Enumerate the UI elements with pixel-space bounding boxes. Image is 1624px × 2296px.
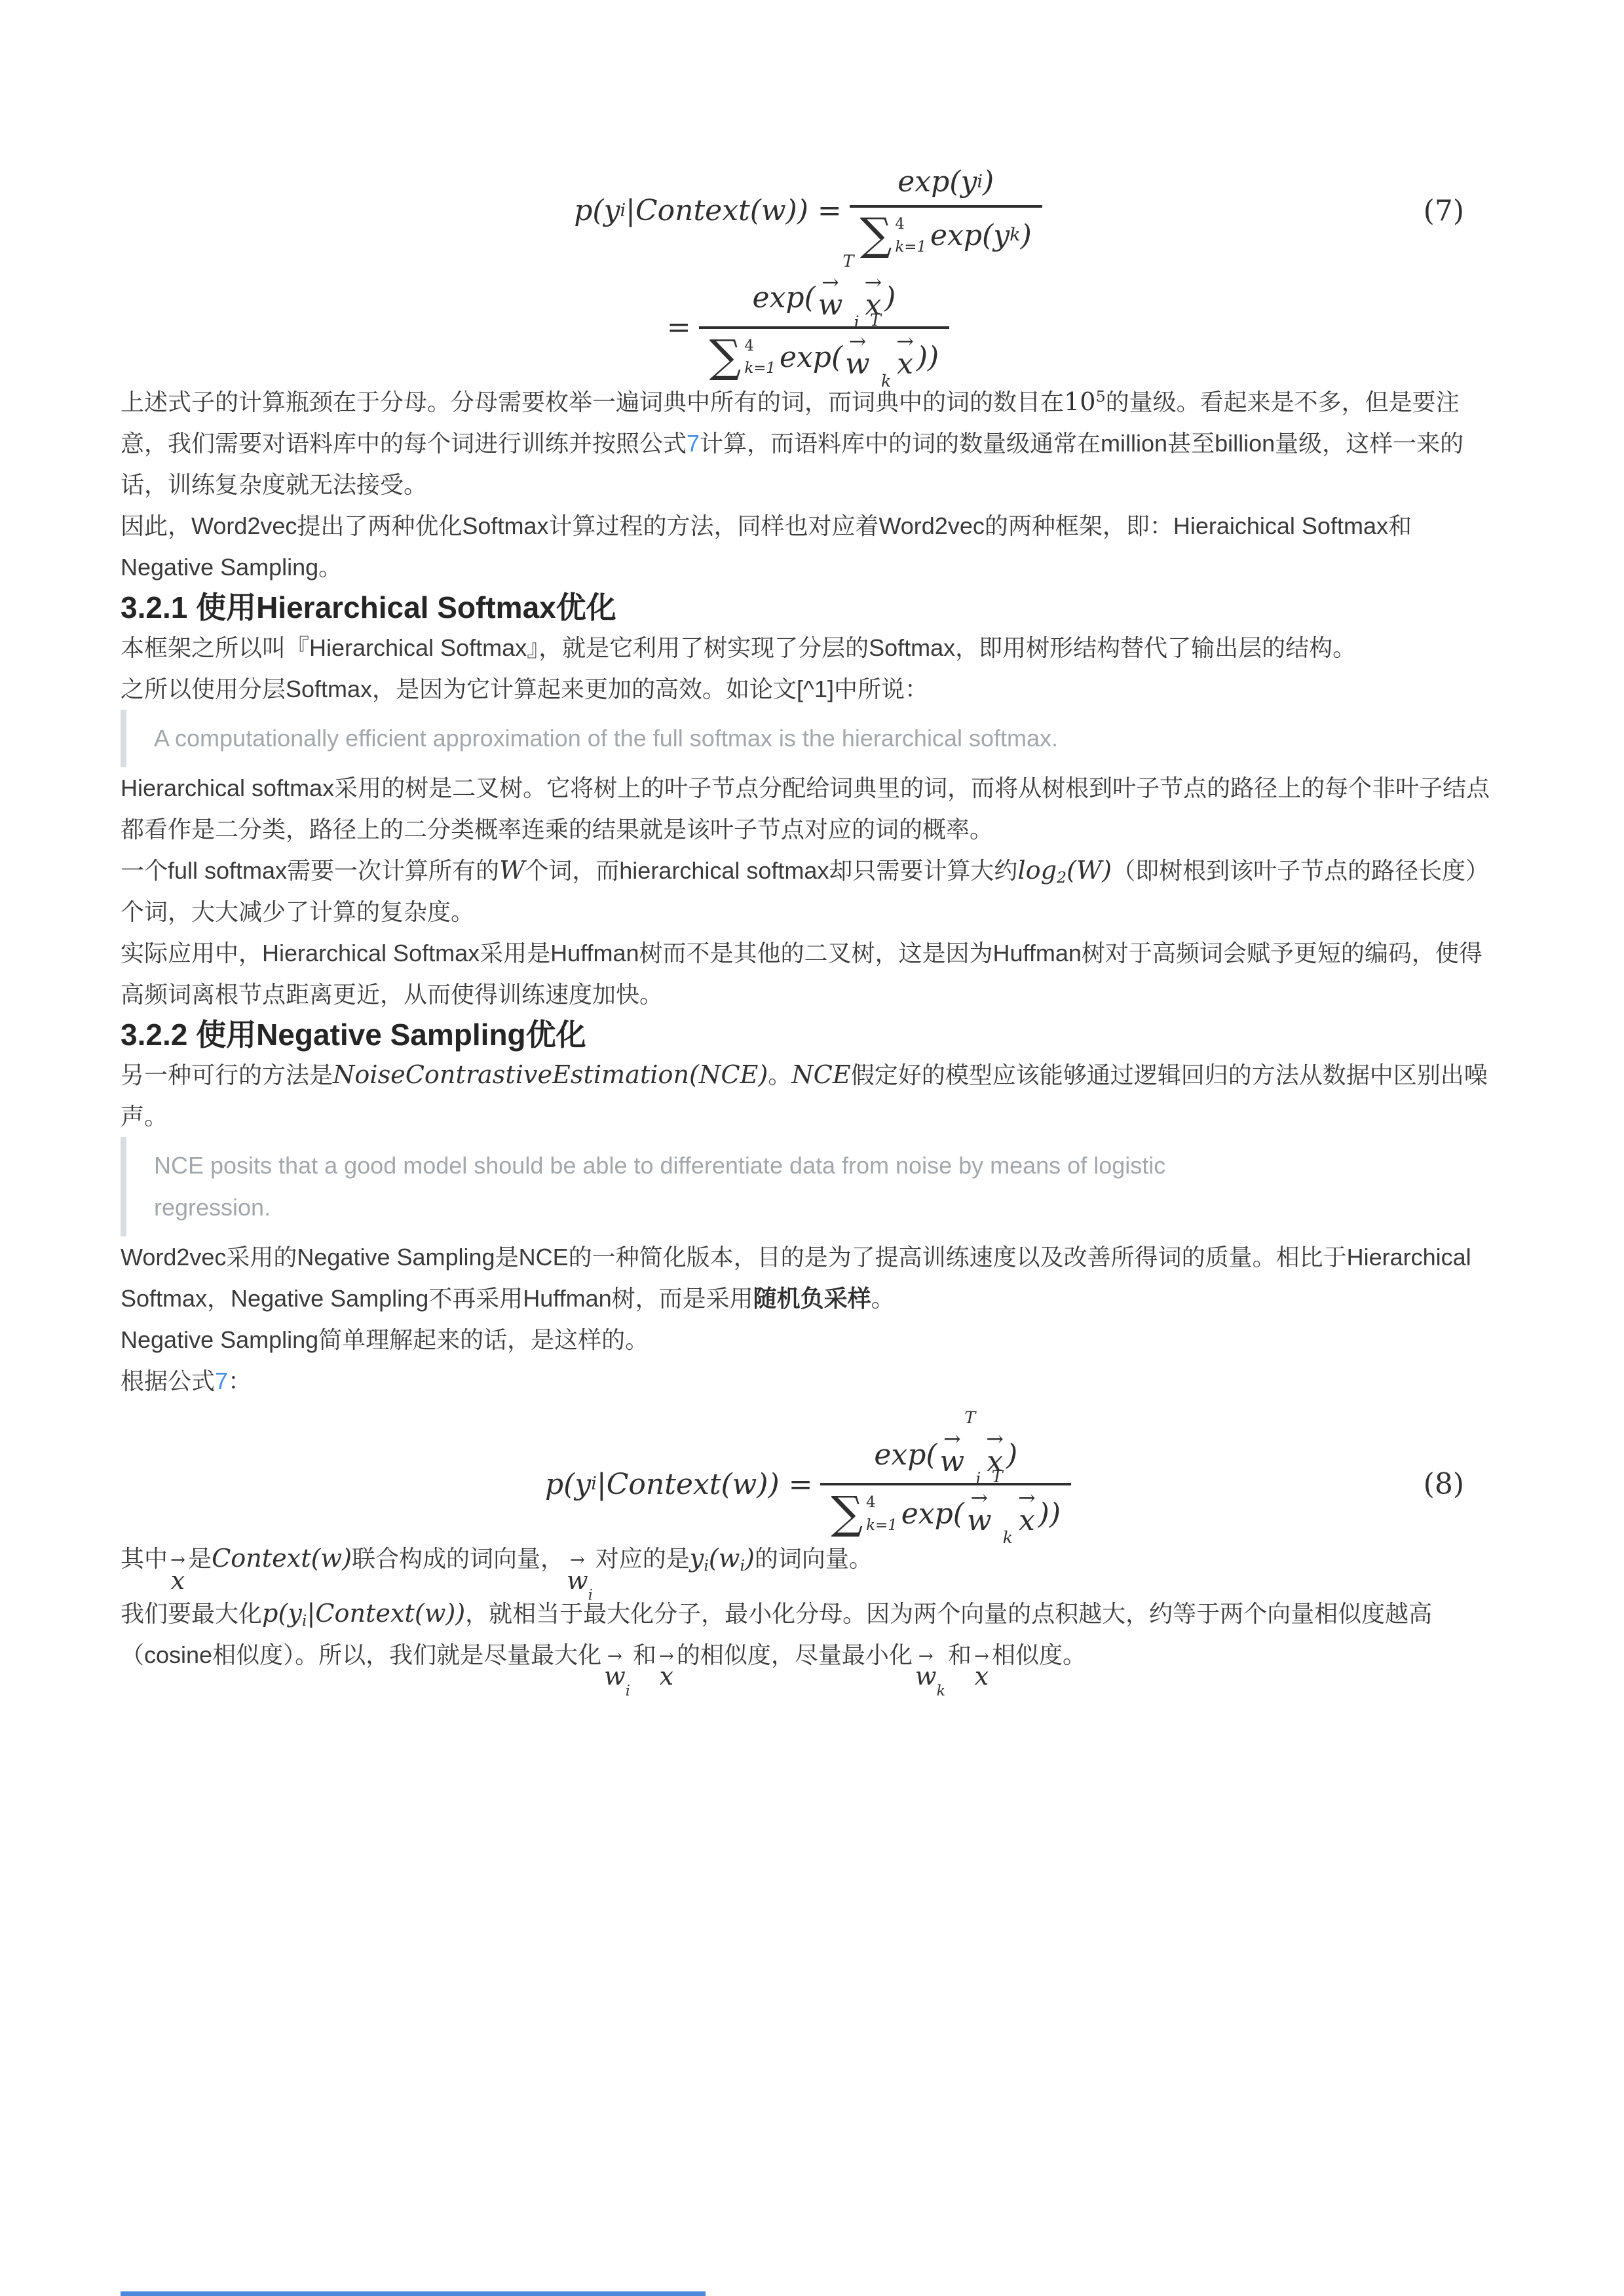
section-heading-3-2-1: 3.2.1 使用Hierarchical Softmax优化 [121,588,1503,627]
math-token: ∑4k=1 [860,214,926,257]
formula-ref-link[interactable]: 7 [215,1368,228,1394]
inline-math: →wi [601,1640,633,1669]
math-token: = [667,311,691,344]
math-token: exp( [753,281,816,315]
math-token: |Context(w)) = [597,1468,813,1501]
text-run: 和 [633,1641,656,1668]
math-token: →wTk [845,335,891,379]
text-run: 之所以使用分层Softmax，是因为它计算起来更加的高效。如论文[^1]中所说： [121,676,928,702]
math-token: ∑4k=1 [709,336,776,379]
math-token: (W) [1067,856,1112,885]
math-token: NoiseContrastiveEstimation(NCE) [333,1060,768,1089]
equation-8-expression: p(yi|Context(w)) = exp(→wTi→x)∑4k=1 exp(… [545,1430,1079,1538]
math-token: i [704,1556,709,1575]
math-token: →x [896,335,914,379]
text-run: 本框架之所以叫『Hierarchical Softmax』，就是它利用了树实现了… [121,634,1356,661]
math-token: →wTi [818,277,859,320]
math-token: exp(yi)∑4k=1 exp(yk) [850,163,1042,259]
math-token: y [690,1544,704,1573]
text-run: 和 [948,1641,972,1668]
text-run: 联合构成的词向量， [352,1545,564,1572]
paragraph-why-hierarchical-softmax: 之所以使用分层Softmax，是因为它计算起来更加的高效。如论文[^1]中所说： [121,668,1503,710]
formula-ref-link[interactable]: 7 [687,430,700,457]
inline-math: yi(wi) [690,1544,755,1573]
equation-7-line-2: = exp(→wTi→x)∑4k=1 exp(→wTk→x)) [121,274,1503,381]
inline-math: p(yi|Context(w)) [262,1599,465,1628]
equation-7-expression-line-2: = exp(→wTi→x)∑4k=1 exp(→wTk→x)) [667,274,957,381]
paragraph-vector-definitions: 其中→x是Context(w)联合构成的词向量，→wi对应的是yi(wi)的词向… [121,1538,1503,1592]
math-token: exp(→wTi→x)∑4k=1 exp(→wTk→x)) [699,274,950,381]
math-token: →wTk [967,1492,1013,1535]
text-run: 。 [768,1062,791,1088]
math-token: Context(w) [212,1544,352,1573]
text-run: 上述式子的计算瓶颈在于分母。分母需要枚举一遍词典中所有的词，而词典中的词的数目在 [121,389,1064,415]
text-run: 一个full softmax需要一次计算所有的 [121,857,499,884]
equation-7-line-1: p(yi|Context(w)) = exp(yi)∑4k=1 exp(yk) … [121,163,1503,259]
text-run: 因此，Word2vec提出了两种优化Softmax计算过程的方法，同样也对应着W… [121,512,1412,581]
math-token: (w [709,1544,740,1573]
math-token: →x [974,1651,989,1689]
text-run: 根据公式 [121,1368,215,1394]
bold-text: 随机负采样 [753,1285,871,1312]
inline-math: →wi [564,1544,595,1573]
inline-math: W [499,856,525,885]
math-token: )) [1038,1497,1061,1531]
text-run: 的相似度，尽量最小化 [677,1641,913,1668]
math-token: p(y [574,194,620,227]
text-run: 实际应用中，Hierarchical Softmax采用是Huffman树而不是… [121,940,1482,1008]
inline-math: →x [972,1640,992,1669]
math-token: →wTi [940,1433,981,1476]
math-token: p(y [545,1468,591,1501]
equation-7: p(yi|Context(w)) = exp(yi)∑4k=1 exp(yk) … [121,163,1503,381]
math-token: →x [659,1651,674,1689]
math-token: W [499,856,525,885]
text-run: 是 [188,1545,212,1572]
inline-math: →x [656,1640,677,1669]
text-run: 的词向量。 [755,1545,873,1572]
inline-math: log2(W) [1017,856,1112,885]
inline-math: Context(w) [212,1544,352,1573]
math-token: exp( [901,1497,964,1531]
equation-7-expression-line-1: p(yi|Context(w)) = exp(yi)∑4k=1 exp(yk) [574,163,1050,259]
inline-math: NoiseContrastiveEstimation(NCE) [333,1060,768,1089]
math-token: exp(y [930,219,1010,252]
math-token: →x [170,1555,185,1592]
text-run: Negative Sampling简单理解起来的话，是这样的。 [121,1326,649,1353]
paragraph-according-to-formula-7: Negative Sampling简单理解起来的话，是这样的。根据公式7： [121,1319,1503,1402]
math-token: i [740,1556,745,1575]
math-token: )) [916,341,939,374]
section-heading-3-2-2: 3.2.2 使用Negative Sampling优化 [121,1015,1503,1054]
blockquote-nce: NCE posits that a good model should be a… [121,1137,1503,1236]
text-run: 个词，而hierarchical softmax却只需要计算大约 [525,857,1017,884]
math-token: →wk [915,1651,945,1689]
paragraph-complexity-comparison: 一个full softmax需要一次计算所有的W个词，而hierarchical… [121,850,1503,932]
math-token: ) [745,1544,755,1573]
inline-math: →wk [913,1640,948,1669]
text-run: 。 [871,1285,895,1312]
math-token: |Context(w)) [307,1599,465,1628]
inline-math: 105 [1064,387,1106,416]
article-content: p(yi|Context(w)) = exp(yi)∑4k=1 exp(yk) … [0,163,1624,1689]
math-token: ∑4k=1 [831,1493,897,1535]
text-run: Hierarchical softmax采用的树是二叉树。它将树上的叶子节点分配… [121,775,1490,843]
paragraph-hierarchical-softmax-intro: 本框架之所以叫『Hierarchical Softmax』，就是它利用了树实现了… [121,627,1503,668]
math-token: ) [1021,219,1032,252]
text-run: 我们要最大化 [121,1600,262,1627]
math-token: →wi [567,1555,593,1592]
math-token: ) [884,281,896,315]
inline-math: →x [168,1544,188,1573]
paragraph-huffman-tree: 实际应用中，Hierarchical Softmax采用是Huffman树而不是… [121,932,1503,1015]
math-token: →x [1018,1492,1036,1535]
text-run: 其中 [121,1545,168,1572]
math-token: exp( [874,1438,937,1472]
equation-8: p(yi|Context(w)) = exp(→wTi→x)∑4k=1 exp(… [121,1430,1503,1538]
blockquote-nce-text: NCE posits that a good model should be a… [154,1145,1189,1229]
equation-8-number: (8) [1424,1468,1464,1501]
blockquote-hierarchical-softmax-text: A computationally efficient approximatio… [154,717,1189,759]
math-token: exp(y [897,165,977,199]
equation-7-number: (7) [1424,194,1464,227]
text-run: ： [228,1368,252,1394]
math-token: log [1017,856,1057,885]
math-token: ) [983,165,994,199]
paragraph-maximize-similarity: 我们要最大化p(yi|Context(w))，就相当于最大化分子，最小化分母。因… [121,1593,1503,1689]
text-run: 相似度。 [992,1641,1086,1668]
blockquote-hierarchical-softmax: A computationally efficient approximatio… [121,710,1503,767]
truncated-bottom-element [121,2291,706,2296]
math-token: NCE [791,1060,850,1089]
math-token: ) [1006,1438,1017,1472]
inline-math: NCE [791,1060,850,1089]
paragraph-word2vec-two-frameworks: 因此，Word2vec提出了两种优化Softmax计算过程的方法，同样也对应着W… [121,505,1503,588]
paragraph-negative-sampling-vs-nce: Word2vec采用的Negative Sampling是NCE的一种简化版本，… [121,1236,1503,1319]
math-token: p(y [262,1599,302,1628]
text-run: 对应的是 [595,1545,690,1572]
paragraph-nce-method: 另一种可行的方法是NoiseContrastiveEstimation(NCE)… [121,1054,1503,1137]
paragraph-computation-bottleneck: 上述式子的计算瓶颈在于分母。分母需要枚举一遍词典中所有的词，而词典中的词的数目在… [121,381,1503,505]
math-token: exp(→wTi→x)∑4k=1 exp(→wTk→x)) [820,1430,1071,1538]
equation-8-line-1: p(yi|Context(w)) = exp(→wTi→x)∑4k=1 exp(… [121,1430,1503,1538]
math-token: 2 [1057,868,1067,887]
text-run: 另一种可行的方法是 [121,1062,333,1088]
math-token: →wi [604,1651,630,1689]
math-token: |Context(w)) = [626,194,842,227]
math-token: exp( [780,341,842,374]
paragraph-binary-tree-explanation: Hierarchical softmax采用的树是二叉树。它将树上的叶子节点分配… [121,767,1503,850]
